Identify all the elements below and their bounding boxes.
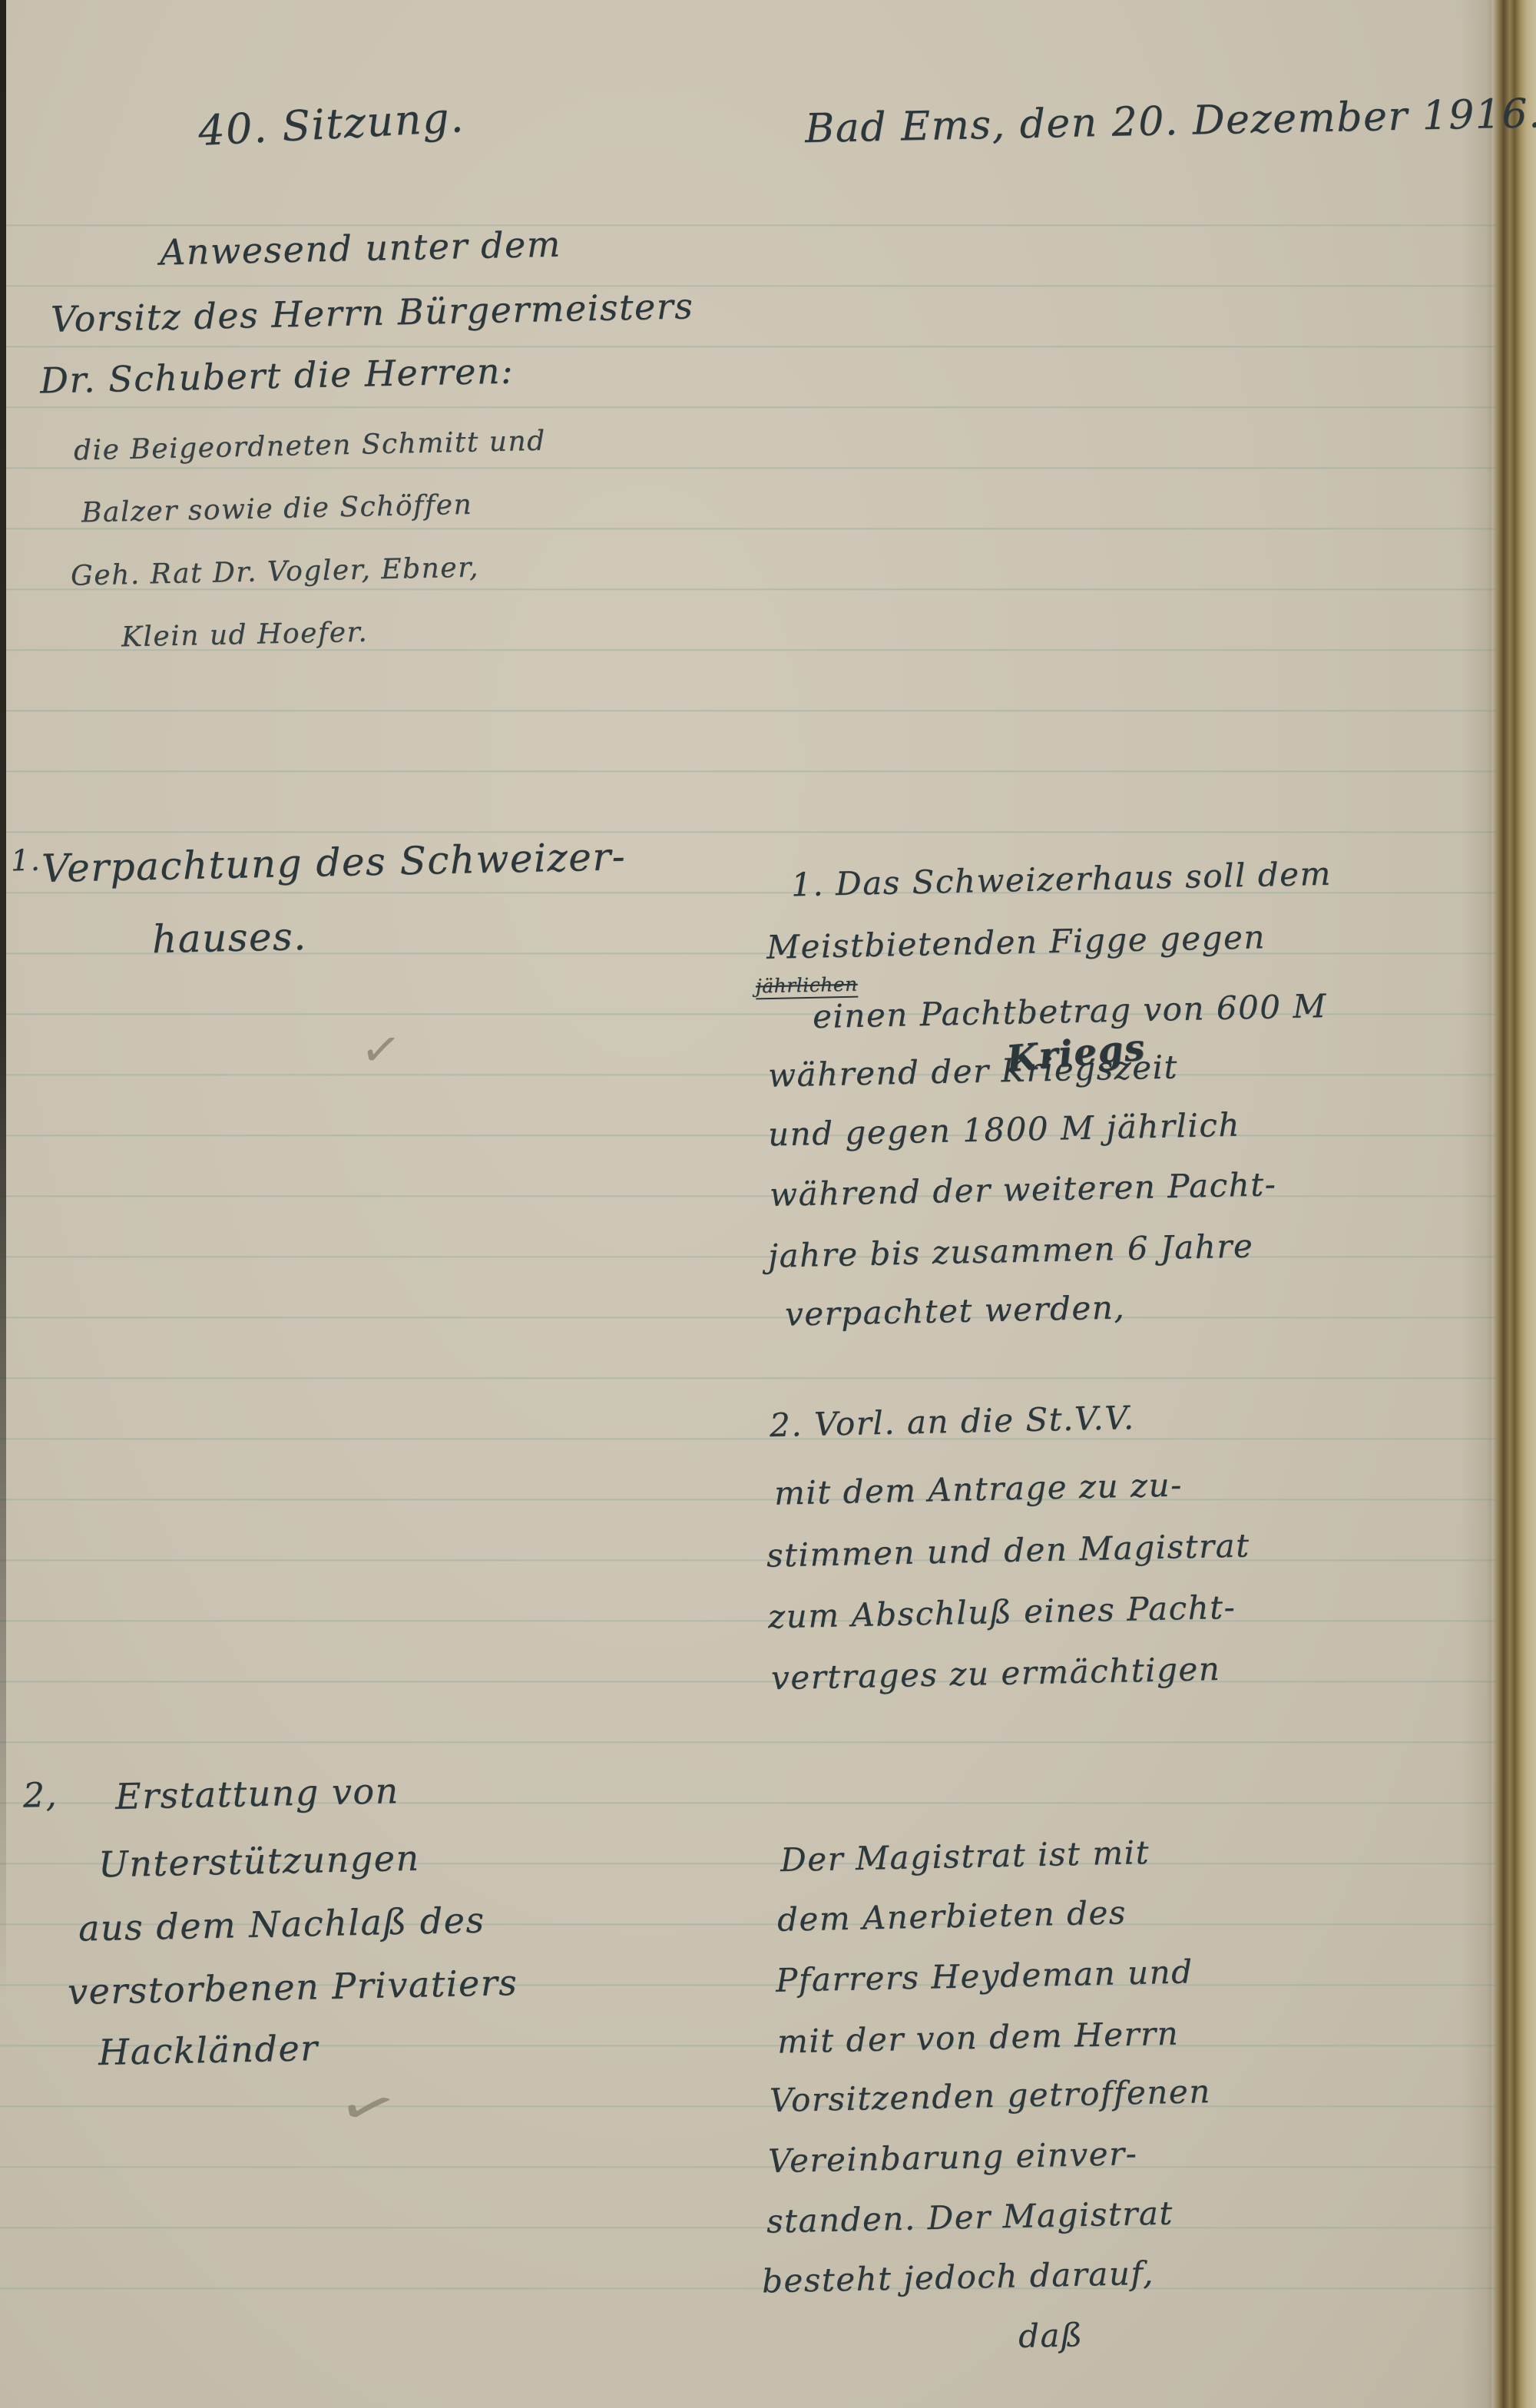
scanned-minutes-page: 40. Sitzung. Bad Ems, den 20. Dezember 1… [0, 0, 1536, 2408]
agenda-item-2-topic-line-5: Hackländer [98, 2027, 319, 2073]
resolution-line-4: mit der von dem Herrn [777, 2015, 1180, 2061]
resolution-line-2: dem Anerbieten des [777, 1893, 1127, 1939]
decision-1-line-3: einen Pachtbetrag von 600 M [813, 987, 1328, 1035]
attendance-line-1: Anwesend unter dem [159, 224, 561, 273]
decision-1-line-5: und gegen 1800 M jährlich [768, 1106, 1241, 1154]
agenda-item-2-topic-line-4: verstorbenen Privatiers [67, 1962, 518, 2012]
resolution-line-6: Vereinbarung einver- [768, 2135, 1138, 2180]
resolution-line-3: Pfarrers Heydeman und [776, 1953, 1193, 1999]
resolution-line-1: Der Magistrat ist mit [780, 1833, 1150, 1879]
attendance-line-3: Dr. Schubert die Herren: [40, 350, 515, 402]
agenda-item-1-number: 1. [11, 843, 41, 878]
agenda-item-2-number: 2, [22, 1776, 58, 1816]
agenda-item-2-topic-line-3: aus dem Nachlaß des [78, 1899, 485, 1949]
agenda-item-2-topic-line-2: Unterstützungen [98, 1837, 420, 1886]
attendee-line-1: die Beigeordneten Schmitt und [74, 426, 546, 467]
resolution-line-8: besteht jedoch darauf, [762, 2254, 1155, 2300]
decision-1-line-8: verpachtet werden, [785, 1288, 1126, 1333]
decision-2-line-5: vertrages zu ermächtigen [771, 1650, 1221, 1697]
session-title: 40. Sitzung. [197, 93, 466, 155]
pencil-checkmark-1: ✓ [357, 1019, 405, 1081]
attendee-line-4: Klein ud Hoefer. [121, 617, 369, 654]
decision-1-line-6: während der weiteren Pacht- [770, 1165, 1277, 1214]
agenda-item-1-topic-line-1: Verpachtung des Schweizer- [41, 834, 626, 891]
attendee-line-2: Balzer sowie die Schöffen [81, 489, 473, 529]
book-edge [1487, 0, 1536, 2408]
left-scan-gutter [0, 0, 6, 1997]
decision-2-line-3: stimmen und den Magistrat [766, 1526, 1250, 1574]
resolution-line-9: daß [1018, 2316, 1083, 2355]
decision-2-line-1: 2. Vorl. an die St.V.V. [770, 1399, 1135, 1444]
decision-1-line-2: Meistbietenden Figge gegen [766, 918, 1266, 966]
decision-2-line-4: zum Abschluß eines Pacht- [768, 1588, 1236, 1636]
agenda-item-1-topic-line-2: hauses. [151, 914, 307, 962]
attendee-line-3: Geh. Rat Dr. Vogler, Ebner, [71, 551, 480, 591]
decision-2-line-2: mit dem Antrage zu zu- [774, 1466, 1183, 1512]
resolution-line-5: Vorsitzenden getroffenen [770, 2072, 1212, 2119]
agenda-item-2-topic-line-1: Erstattung von [114, 1770, 399, 1817]
decision-1-line-1: 1. Das Schweizerhaus soll dem [791, 855, 1332, 904]
decision-1-line-7: jahre bis zusammen 6 Jahre [768, 1227, 1254, 1274]
attendance-line-2: Vorsitz des Herrn Bürgermeisters [51, 285, 694, 340]
inserted-word-struck: jährlichen [756, 973, 858, 1000]
dateline: Bad Ems, den 20. Dezember 1916. [804, 91, 1536, 152]
resolution-line-7: standen. Der Magistrat [766, 2194, 1174, 2240]
pencil-checkmark-2: ✓ [330, 2071, 406, 2145]
